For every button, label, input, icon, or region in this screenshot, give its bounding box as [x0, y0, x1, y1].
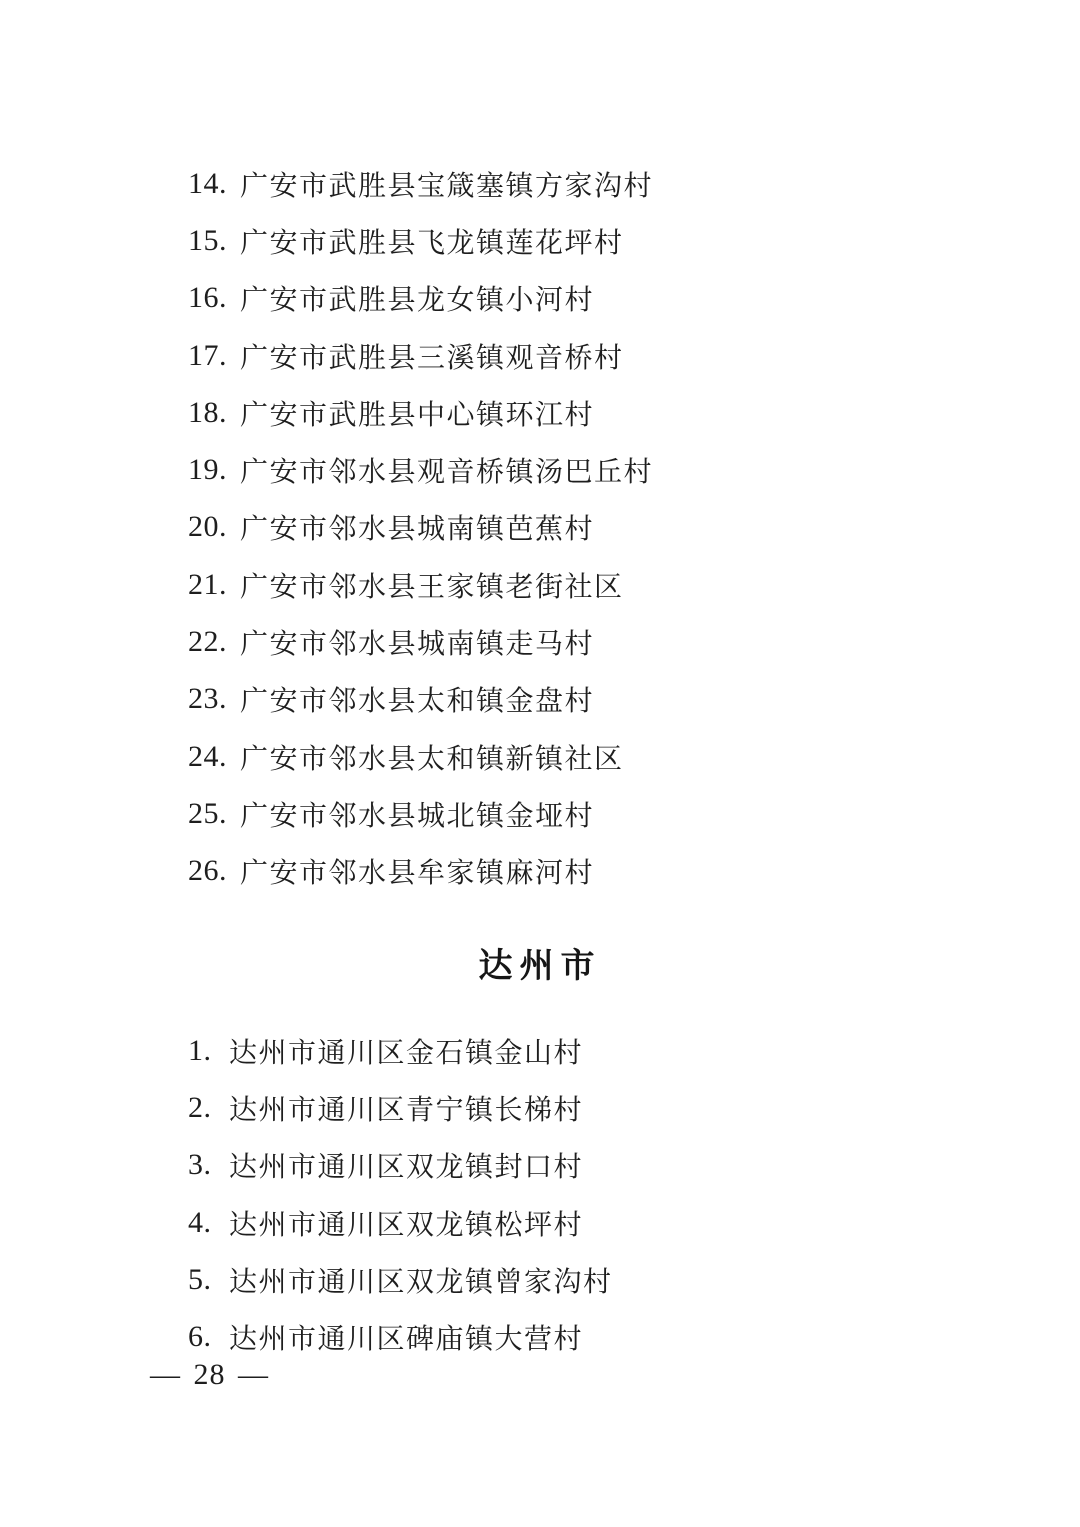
list-item: 25. 广安市邻水县城北镇金垭村: [0, 785, 1080, 842]
item-text: 广安市邻水县城北镇金垭村: [240, 794, 594, 834]
guangan-village-list: 14. 广安市武胜县宝箴塞镇方家沟村 15. 广安市武胜县飞龙镇莲花坪村 16.…: [0, 155, 1080, 900]
item-number: 16.: [188, 281, 240, 315]
item-number: 23.: [188, 682, 240, 716]
item-number: 14.: [188, 167, 240, 201]
list-item: 2. 达州市通川区青宁镇长梯村: [0, 1079, 1080, 1136]
item-text: 广安市邻水县太和镇新镇社区: [240, 737, 624, 777]
item-number: 1.: [188, 1034, 229, 1068]
item-text: 广安市邻水县城南镇芭蕉村: [240, 507, 594, 547]
list-item: 14. 广安市武胜县宝箴塞镇方家沟村: [0, 155, 1080, 212]
item-text: 达州市通川区双龙镇曾家沟村: [229, 1260, 613, 1300]
list-item: 21. 广安市邻水县王家镇老街社区: [0, 556, 1080, 613]
list-item: 19. 广安市邻水县观音桥镇汤巴丘村: [0, 441, 1080, 498]
item-number: 26.: [188, 854, 240, 888]
item-number: 22.: [188, 625, 240, 659]
section-heading-dazhou: 达州市: [0, 938, 1080, 987]
list-item: 26. 广安市邻水县牟家镇麻河村: [0, 843, 1080, 900]
item-text: 达州市通川区碑庙镇大营村: [229, 1317, 583, 1357]
item-number: 20.: [188, 510, 240, 544]
dazhou-village-list: 1. 达州市通川区金石镇金山村 2. 达州市通川区青宁镇长梯村 3. 达州市通川…: [0, 1022, 1080, 1366]
list-item: 16. 广安市武胜县龙女镇小河村: [0, 270, 1080, 327]
item-number: 5.: [188, 1263, 229, 1297]
item-text: 广安市武胜县三溪镇观音桥村: [240, 336, 624, 376]
item-text: 达州市通川区青宁镇长梯村: [229, 1088, 583, 1128]
item-text: 广安市邻水县太和镇金盘村: [240, 679, 594, 719]
item-number: 6.: [188, 1320, 229, 1354]
item-number: 4.: [188, 1206, 229, 1240]
list-item: 5. 达州市通川区双龙镇曾家沟村: [0, 1251, 1080, 1308]
item-number: 15.: [188, 224, 240, 258]
list-item: 4. 达州市通川区双龙镇松坪村: [0, 1194, 1080, 1251]
list-item: 3. 达州市通川区双龙镇封口村: [0, 1137, 1080, 1194]
page-number: — 28 —: [150, 1358, 269, 1392]
list-item: 18. 广安市武胜县中心镇环江村: [0, 384, 1080, 441]
item-text: 广安市武胜县龙女镇小河村: [240, 278, 594, 318]
list-item: 1. 达州市通川区金石镇金山村: [0, 1022, 1080, 1079]
list-item: 20. 广安市邻水县城南镇芭蕉村: [0, 499, 1080, 556]
list-item: 24. 广安市邻水县太和镇新镇社区: [0, 728, 1080, 785]
item-text: 达州市通川区金石镇金山村: [229, 1031, 583, 1071]
item-text: 广安市武胜县宝箴塞镇方家沟村: [240, 164, 653, 204]
item-text: 广安市邻水县王家镇老街社区: [240, 565, 624, 605]
item-number: 2.: [188, 1091, 229, 1125]
item-number: 17.: [188, 339, 240, 373]
list-item: 23. 广安市邻水县太和镇金盘村: [0, 671, 1080, 728]
item-text: 广安市邻水县牟家镇麻河村: [240, 851, 594, 891]
item-text: 广安市武胜县飞龙镇莲花坪村: [240, 221, 624, 261]
item-text: 广安市邻水县观音桥镇汤巴丘村: [240, 450, 653, 490]
item-number: 19.: [188, 453, 240, 487]
item-number: 25.: [188, 797, 240, 831]
item-text: 广安市邻水县城南镇走马村: [240, 622, 594, 662]
document-page: 14. 广安市武胜县宝箴塞镇方家沟村 15. 广安市武胜县飞龙镇莲花坪村 16.…: [0, 0, 1080, 1527]
item-text: 达州市通川区双龙镇松坪村: [229, 1203, 583, 1243]
list-item: 17. 广安市武胜县三溪镇观音桥村: [0, 327, 1080, 384]
item-text: 达州市通川区双龙镇封口村: [229, 1145, 583, 1185]
item-number: 3.: [188, 1148, 229, 1182]
list-item: 15. 广安市武胜县飞龙镇莲花坪村: [0, 212, 1080, 269]
list-item: 22. 广安市邻水县城南镇走马村: [0, 613, 1080, 670]
item-text: 广安市武胜县中心镇环江村: [240, 393, 594, 433]
item-number: 21.: [188, 568, 240, 602]
item-number: 24.: [188, 740, 240, 774]
item-number: 18.: [188, 396, 240, 430]
